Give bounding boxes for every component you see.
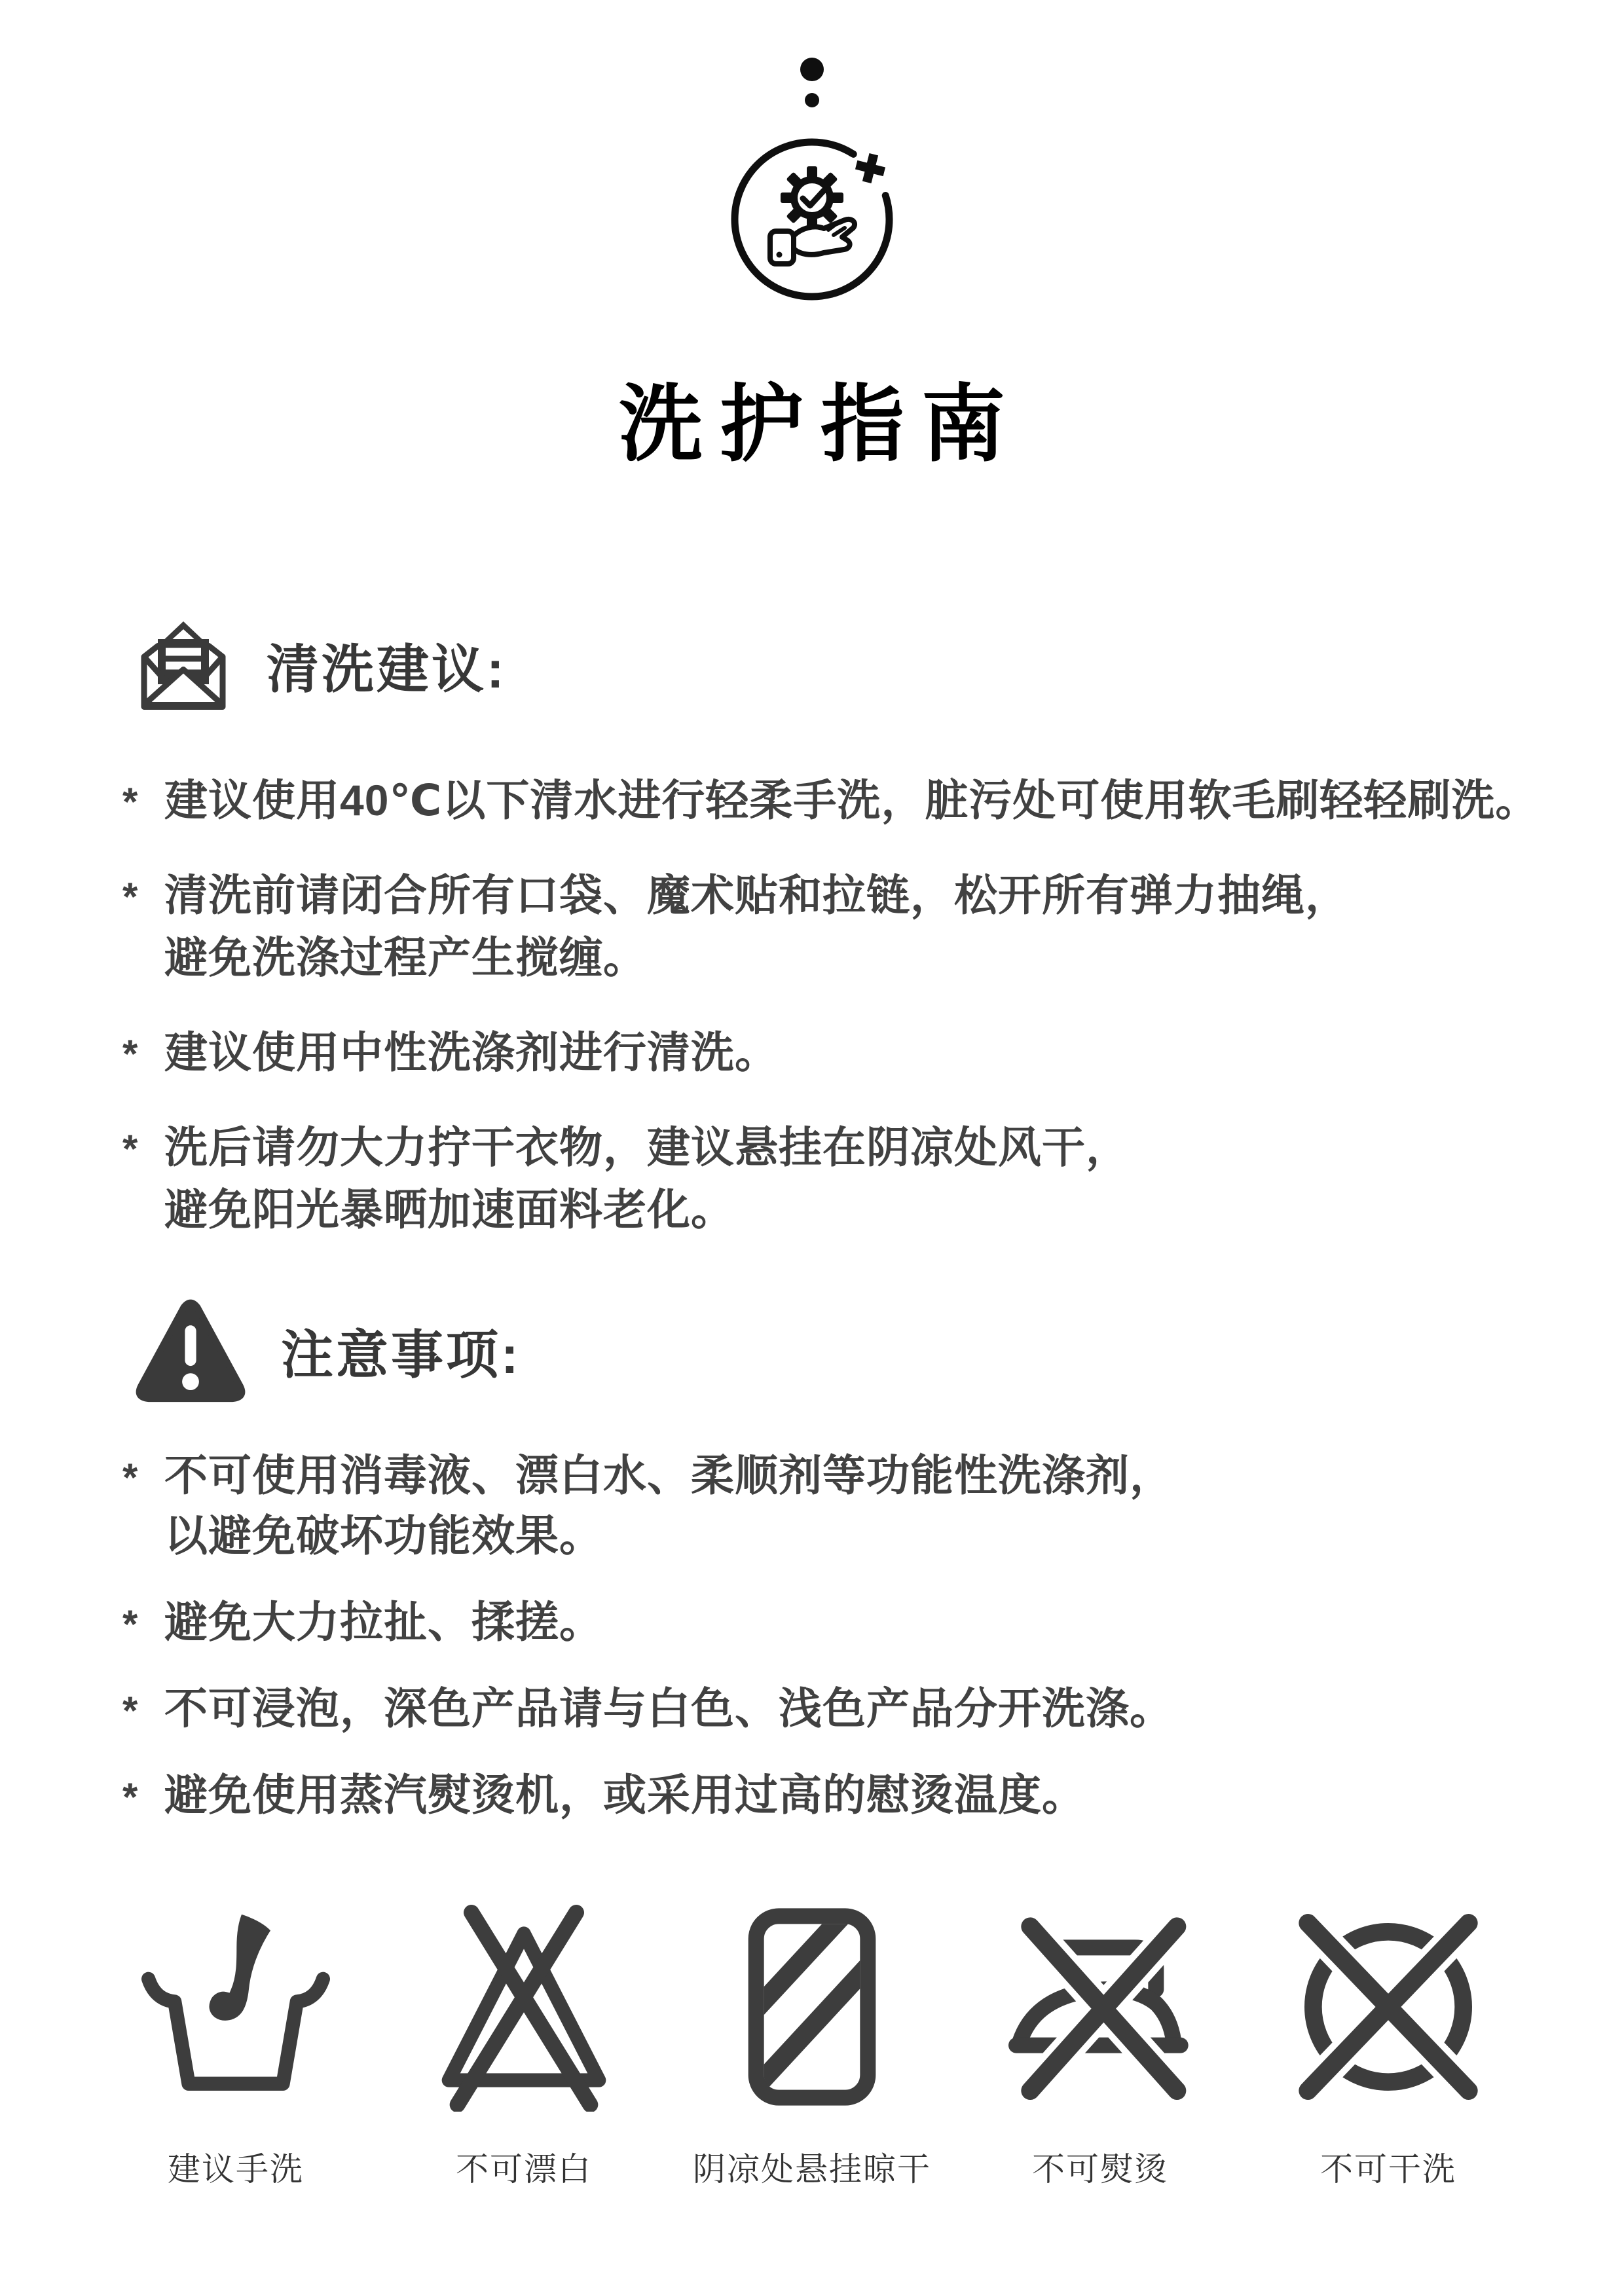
bullet-asterisk: * bbox=[122, 779, 164, 841]
page-title: 洗护指南 bbox=[0, 357, 1624, 477]
care-symbols-row: 建议手洗 不可漂白 bbox=[92, 1902, 1532, 2190]
no-bleach-icon bbox=[419, 1902, 629, 2112]
care-symbol-label: 不可漂白 bbox=[456, 2143, 592, 2190]
list-item: * 不可使用消毒液、漂白水、柔顺剂等功能性洗涤剂， 以避免破坏功能效果。 bbox=[122, 1445, 1563, 1566]
list-item: * 避免使用蒸汽熨烫机，或采用过高的慰烫温度。 bbox=[122, 1765, 1563, 1825]
section-header: 注意事项: bbox=[134, 1298, 1549, 1403]
no-dry-clean-icon bbox=[1283, 1902, 1493, 2112]
care-symbol-label: 不可干洗 bbox=[1320, 2143, 1456, 2190]
care-symbol-no-dry-clean: 不可干洗 bbox=[1244, 1902, 1532, 2190]
bullet-asterisk: * bbox=[122, 1031, 164, 1093]
bullet-asterisk: * bbox=[122, 1126, 164, 1251]
care-symbol-label: 阴凉处悬挂晾干 bbox=[693, 2143, 931, 2190]
bullet-asterisk: * bbox=[122, 874, 164, 999]
bullet-asterisk: * bbox=[122, 1774, 164, 1835]
care-symbol-handwash: 建议手洗 bbox=[92, 1902, 380, 2190]
warning-triangle-icon bbox=[134, 1294, 247, 1406]
decor-dot-large bbox=[800, 58, 824, 81]
list-item: * 建议使用中性洗涤剂进行清洗。 bbox=[122, 1021, 1563, 1084]
list-item: * 避免大力拉扯、揉搓。 bbox=[122, 1592, 1563, 1652]
section-heading: 注意事项: bbox=[281, 1313, 521, 1388]
bullet-asterisk: * bbox=[122, 1602, 164, 1662]
list-item: * 建议使用40℃以下清水进行轻柔手洗，脏污处可使用软毛刷轻轻刷洗。 bbox=[122, 769, 1563, 832]
bullet-asterisk: * bbox=[122, 1455, 164, 1575]
list-item: * 洗后请勿大力拧干衣物，建议悬挂在阴凉处风干， 避免阳光暴晒加速面料老化。 bbox=[122, 1116, 1563, 1241]
section-heading: 清洗建议: bbox=[267, 627, 507, 703]
shade-hang-dry-icon bbox=[707, 1902, 917, 2112]
washing-advice-section: 清洗建议: * 建议使用40℃以下清水进行轻柔手洗，脏污处可使用软毛刷轻轻刷洗。… bbox=[134, 612, 1549, 717]
decor-dot-small bbox=[805, 93, 819, 107]
list-item: * 清洗前请闭合所有口袋、魔术贴和拉链，松开所有弹力抽绳， 避免洗涤过程产生搅缠… bbox=[122, 864, 1563, 989]
precaution-list: * 不可使用消毒液、漂白水、柔顺剂等功能性洗涤剂， 以避免破坏功能效果。 * 避… bbox=[122, 1445, 1563, 1851]
care-symbol-no-bleach: 不可漂白 bbox=[380, 1902, 668, 2190]
precautions-section: 注意事项: * 不可使用消毒液、漂白水、柔顺剂等功能性洗涤剂， 以避免破坏功能效… bbox=[134, 1298, 1549, 1403]
care-symbol-no-iron: 不可熨烫 bbox=[956, 1902, 1244, 2190]
section-header: 清洗建议: bbox=[134, 612, 1549, 717]
care-symbol-label: 不可熨烫 bbox=[1032, 2143, 1168, 2190]
advice-list: * 建议使用40℃以下清水进行轻柔手洗，脏污处可使用软毛刷轻轻刷洗。 * 清洗前… bbox=[122, 769, 1563, 1274]
care-guide-page: 洗护指南 清洗建议: * 建议使用40℃以下清水进行轻柔手洗，脏污处可使用软毛刷 bbox=[0, 0, 1624, 2276]
care-symbol-label: 建议手洗 bbox=[168, 2143, 304, 2190]
no-iron-icon bbox=[995, 1902, 1205, 2112]
care-symbol-shade-dry: 阴凉处悬挂晾干 bbox=[668, 1902, 956, 2190]
bullet-asterisk: * bbox=[122, 1688, 164, 1748]
list-item: * 不可浸泡，深色产品请与白色、浅色产品分开洗涤。 bbox=[122, 1678, 1563, 1738]
hand-wash-icon bbox=[131, 1902, 341, 2112]
envelope-letter-icon bbox=[134, 615, 232, 714]
hand-gear-service-icon bbox=[720, 124, 904, 308]
